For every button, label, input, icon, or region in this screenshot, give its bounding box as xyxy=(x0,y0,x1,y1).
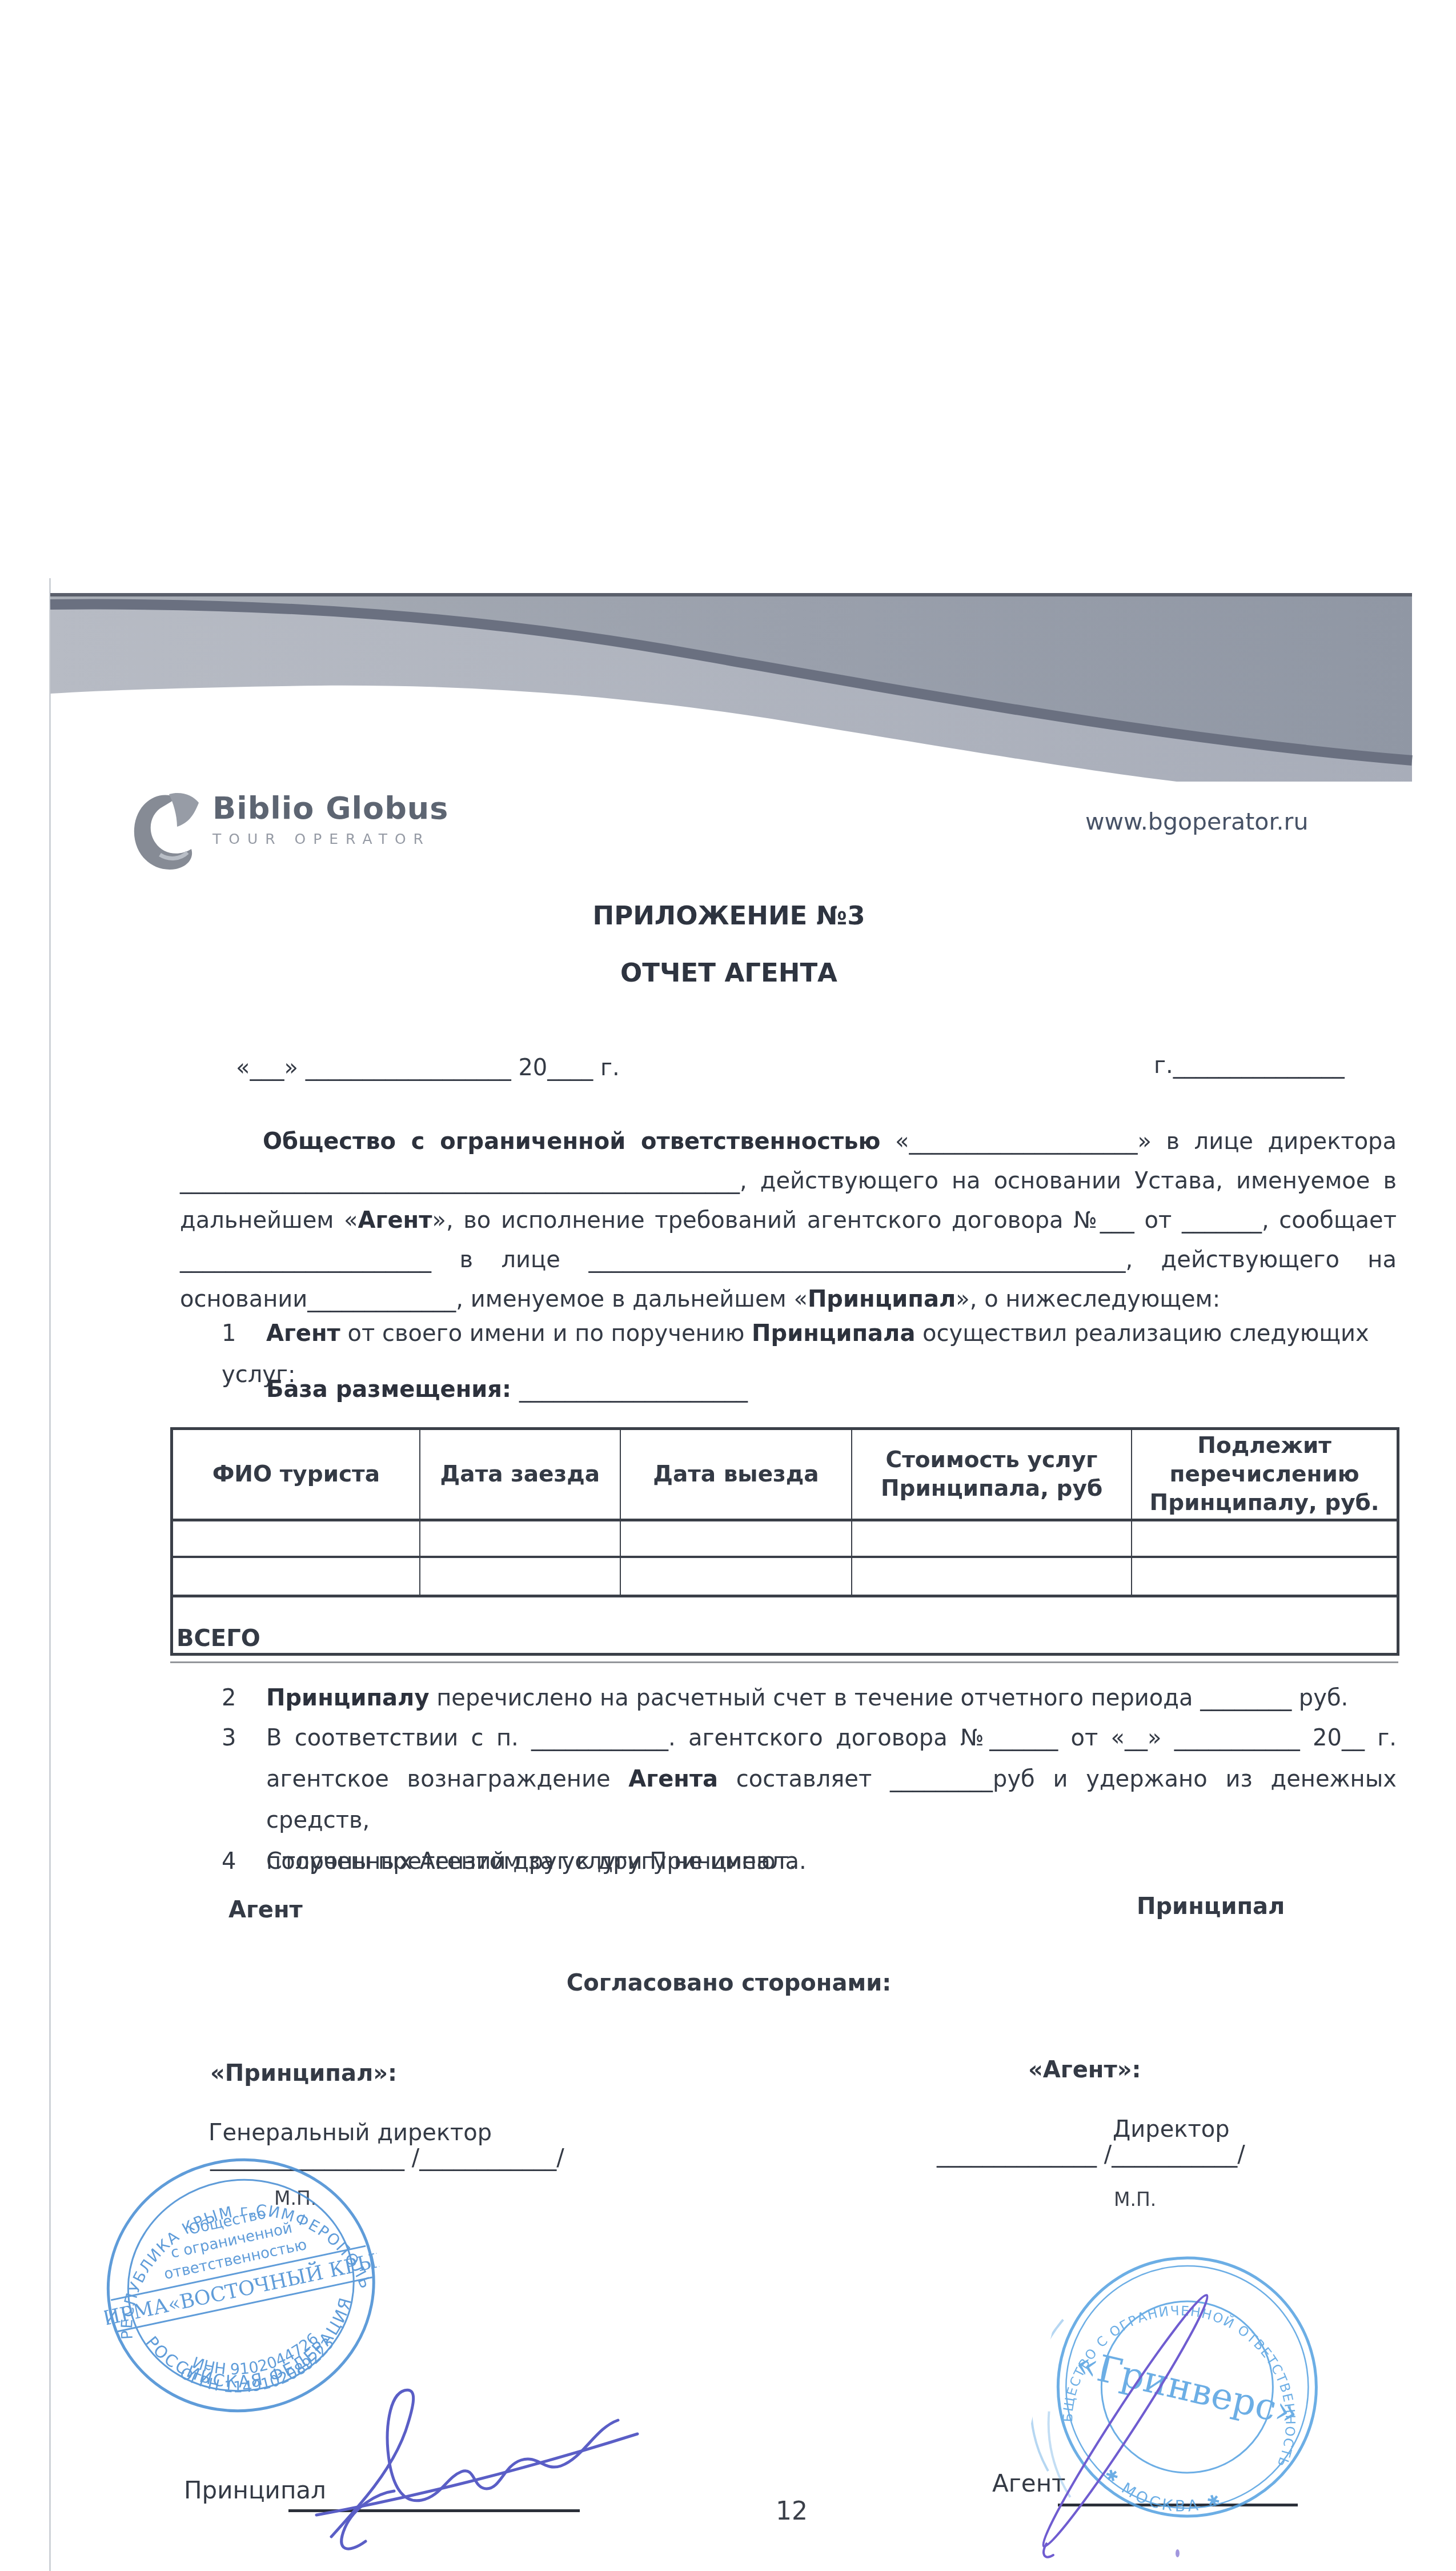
item-1-number: 1 xyxy=(222,1313,266,1354)
svg-text:ИНН 9102044726: ИНН 9102044726 xyxy=(187,2328,326,2389)
table-cell xyxy=(621,1558,852,1595)
intro-paragraph: Общество с ограниченной ответственностью… xyxy=(180,1122,1397,1319)
table-cell xyxy=(420,1558,621,1595)
brand-name: Biblio Globus xyxy=(212,793,448,824)
item-2: 2Принципалу перечислено на расчетный сче… xyxy=(222,1677,1397,1719)
header-wave-graphic xyxy=(34,588,1446,783)
col-header-service-cost: Стоимость услуг Принципала, руб xyxy=(852,1430,1133,1519)
agent-signature-line xyxy=(1058,2504,1298,2506)
date-blank-left: «___» __________________ 20____ г. xyxy=(236,1055,620,1081)
services-table: ФИО туриста Дата заезда Дата выезда Стои… xyxy=(170,1427,1399,1656)
table-double-rule xyxy=(170,1661,1398,1663)
item-4-number: 4 xyxy=(222,1841,266,1882)
svg-text:✱ МОСКВА ✱: ✱ МОСКВА ✱ xyxy=(1096,2463,1229,2527)
svg-text:ОГРН 1149102089223: ОГРН 1149102089223 xyxy=(174,2332,344,2411)
table-cell xyxy=(852,1558,1133,1595)
stamp-city-text: ✱ МОСКВА ✱ xyxy=(1096,2463,1229,2527)
agent-role: Директор xyxy=(1113,2116,1230,2142)
website-link[interactable]: www.bgoperator.ru xyxy=(1085,808,1308,835)
principal-signature-line xyxy=(288,2509,580,2512)
report-title: ОТЧЕТ АГЕНТА xyxy=(49,958,1409,988)
table-total-row: ВСЕГО xyxy=(173,1597,1397,1653)
stamp-org-line-1: Общество xyxy=(187,2205,268,2238)
col-header-checkin-date: Дата заезда xyxy=(420,1430,621,1519)
stamp-company-name: «Гринверс» xyxy=(1072,2342,1302,2435)
stamp-org-line-3: ответственностью xyxy=(162,2236,308,2283)
stamp-ogrn: ОГРН 1149102089223 xyxy=(174,2332,344,2411)
agent-party-label: «Агент»: xyxy=(1028,2057,1141,2083)
brand-block: Biblio Globus TOUR OPERATOR xyxy=(212,793,448,846)
stamp-inn: ИНН 9102044726 xyxy=(187,2328,326,2389)
intro-line-1: Общество с ограниченной ответственностью… xyxy=(180,1122,1397,1162)
principal-role: Генеральный директор xyxy=(208,2120,492,2146)
svg-text:РОССИЙСКАЯ ФЕДЕРАЦИЯ: РОССИЙСКАЯ ФЕДЕРАЦИЯ xyxy=(140,2290,370,2411)
stamp-org-line-2: с ограниченной xyxy=(169,2220,294,2262)
table-cell xyxy=(173,1521,420,1556)
table-cell xyxy=(621,1521,852,1556)
ink-speck xyxy=(1176,2549,1180,2557)
agent-heading: Агент xyxy=(228,1897,303,1923)
stamp-ring-text: ОБЩЕСТВО С ОГРАНИЧЕННОЙ ОТВЕТСТВЕННОСТЬЮ xyxy=(1025,2224,1335,2474)
brand-tagline: TOUR OPERATOR xyxy=(212,832,448,846)
signature-blank-left: _________________ /____________/ xyxy=(210,2145,564,2171)
stamp-place-right: М.П. xyxy=(1114,2188,1156,2210)
biblio-globus-logo-icon xyxy=(127,787,212,873)
agent-signature xyxy=(1022,2281,1228,2566)
table-row xyxy=(173,1558,1397,1597)
svg-text:ОБЩЕСТВО С ОГРАНИЧЕННОЙ ОТВЕТС: ОБЩЕСТВО С ОГРАНИЧЕННОЙ ОТВЕТСТВЕННОСТЬЮ xyxy=(1025,2224,1335,2474)
item-3-line-1: В соответствии с п. ____________. агентс… xyxy=(266,1717,1397,1759)
accommodation-base-line: База размещения: ____________________ xyxy=(266,1369,748,1410)
table-cell xyxy=(1132,1521,1397,1556)
page-number: 12 xyxy=(776,2497,808,2526)
table-header-row: ФИО туриста Дата заезда Дата выезда Стои… xyxy=(173,1430,1397,1521)
appendix-title: ПРИЛОЖЕНИЕ №3 xyxy=(49,900,1409,931)
table-cell xyxy=(852,1521,1133,1556)
total-label: ВСЕГО xyxy=(177,1625,260,1652)
agreed-by-parties: Согласовано сторонами: xyxy=(49,1970,1409,1996)
bottom-principal-label: Принципал xyxy=(184,2476,326,2504)
table-cell xyxy=(420,1521,621,1556)
stamp-company-name: «ФИРМА«ВОСТОЧНЫЙ КРЫМ» xyxy=(78,2241,405,2336)
scanned-document-page: Biblio Globus TOUR OPERATOR www.bgoperat… xyxy=(0,0,1456,2571)
principal-party-label: «Принципал»: xyxy=(210,2060,397,2087)
col-header-checkout-date: Дата выезда xyxy=(621,1430,852,1519)
principal-heading: Принципал xyxy=(1137,1893,1285,1920)
col-header-due-to-principal: Подлежит перечислению Принципалу, руб. xyxy=(1132,1430,1397,1519)
stamp-ring-bottom-text: РОССИЙСКАЯ ФЕДЕРАЦИЯ xyxy=(140,2290,370,2411)
col-header-tourist-name: ФИО туриста xyxy=(173,1430,420,1519)
bottom-agent-label: Агент xyxy=(992,2469,1066,2497)
intro-line-3: дальнейшем «Агент», во исполнение требов… xyxy=(180,1201,1397,1240)
item-3-line-2: агентское вознаграждение Агента составля… xyxy=(266,1759,1397,1841)
page-scan-edge xyxy=(49,578,51,2571)
item-2-number: 2 xyxy=(222,1677,266,1719)
principal-signature xyxy=(297,2365,651,2560)
stamp-place-left: М.П. xyxy=(274,2187,316,2209)
stamp-ring-top-text: РЕСПУБЛИКА КРЫМ г.СИМФЕРОПОЛЬ xyxy=(96,2178,375,2343)
city-blank-right: г._______________ xyxy=(1154,1052,1345,1079)
intro-line-2: ________________________________________… xyxy=(180,1162,1397,1201)
table-cell xyxy=(173,1558,420,1595)
intro-line-4: ______________________ в лице __________… xyxy=(180,1240,1397,1280)
table-cell xyxy=(1132,1558,1397,1595)
item-4: 4Стороны претензий друг к другу не имеют… xyxy=(222,1841,1397,1882)
signature-blank-right: ______________ /___________/ xyxy=(937,2141,1245,2168)
svg-text:РЕСПУБЛИКА КРЫМ г.СИМФЕРОПОЛЬ: РЕСПУБЛИКА КРЫМ г.СИМФЕРОПОЛЬ xyxy=(96,2178,375,2343)
table-row xyxy=(173,1521,1397,1558)
principal-company-stamp: РЕСПУБЛИКА КРЫМ г.СИМФЕРОПОЛЬ РОССИЙСКАЯ… xyxy=(78,2129,405,2442)
